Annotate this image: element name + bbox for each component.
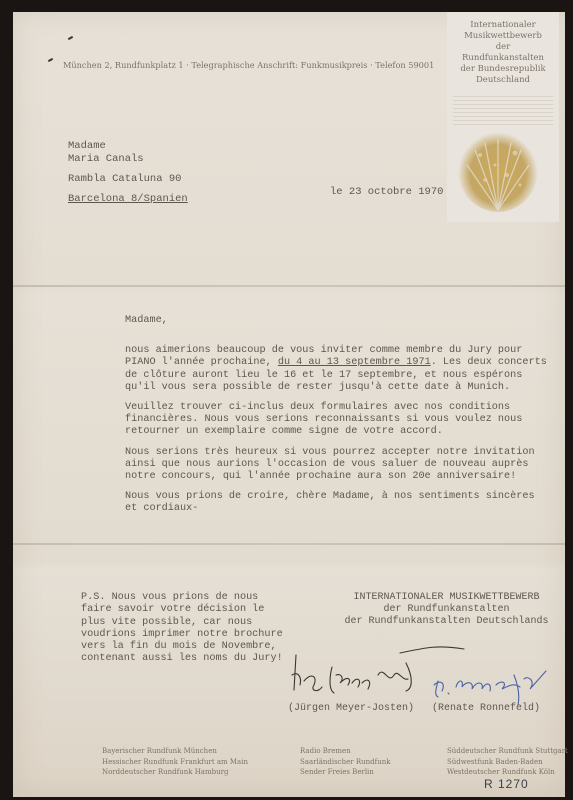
footer-item: Bayerischer Rundfunk München (102, 746, 248, 757)
footer-item: Süddeutscher Rundfunk Stuttgart (447, 746, 568, 757)
body-line: PIANO l'année prochaine, (125, 357, 278, 368)
body-line: de clôture auront lieu le 16 et le 17 se… (125, 370, 522, 381)
signature-meyer-josten (292, 647, 464, 693)
paragraph-invitation: nous aimerions beaucoup de vous inviter … (125, 345, 555, 394)
recipient-address: Madame Maria Canals Rambla Cataluna 90 B… (68, 140, 188, 206)
body-line: qu'il vous sera possible de rester jusqu… (125, 382, 510, 393)
org-line: der Bundesrepublik (447, 64, 559, 75)
organization-name: Internationaler Musikwettbewerb der Rund… (447, 20, 559, 86)
sender-organization: INTERNATIONALER MUSIKWETTBEWERB der Rund… (343, 592, 550, 628)
fold-crease (13, 543, 565, 545)
competition-dates: du 4 au 13 septembre 1971 (278, 357, 431, 368)
footer-item: Sender Freies Berlin (300, 767, 390, 778)
footer-broadcasters-3: Süddeutscher Rundfunk Stuttgart Südwestf… (447, 746, 568, 778)
signatures (288, 645, 558, 705)
footer-item: Hessischer Rundfunk Frankfurt am Main (102, 757, 248, 768)
letter-body: Madame, nous aimerions beaucoup de vous … (125, 315, 555, 524)
footer-item: Norddeutscher Rundfunk Hamburg (102, 767, 248, 778)
org-line: Rundfunkanstalten (447, 53, 559, 64)
footer-item: Saarländischer Rundfunk (300, 757, 390, 768)
salutation: Madame, (125, 315, 555, 327)
recipient-name: Maria Canals (68, 153, 188, 166)
letter-date: le 23 octobre 1970 (330, 186, 443, 198)
decorative-rules (453, 96, 553, 128)
archive-reference-number: R 1270 (484, 777, 529, 791)
org-line: Internationaler (447, 20, 559, 31)
letterhead-address: München 2, Rundfunkplatz 1 · Telegraphis… (63, 60, 434, 70)
recipient-city: Barcelona 8/Spanien (68, 193, 188, 206)
paragraph-forms: Veuillez trouver ci-inclus deux formulai… (125, 402, 555, 439)
postscript: P.S. Nous vous prions de nous faire savo… (81, 592, 283, 666)
org-line: Musikwettbewerb (447, 31, 559, 42)
footer-item: Radio Bremen (300, 746, 390, 757)
paragraph-anniversary: Nous serions très heureux si vous pourre… (125, 447, 555, 484)
footer-broadcasters-1: Bayerischer Rundfunk München Hessischer … (102, 746, 248, 778)
gold-emblem-icon (455, 125, 541, 215)
org-line: der (447, 42, 559, 53)
body-line: nous aimerions beaucoup de vous inviter … (125, 345, 522, 356)
body-line: . Les deux concerts (431, 357, 547, 368)
org-line: Deutschland (447, 75, 559, 86)
closing: Nous vous prions de croire, chère Madame… (125, 491, 555, 515)
recipient-title: Madame (68, 140, 188, 153)
footer-item: Südwestfunk Baden-Baden (447, 757, 568, 768)
signature-ronnefeld (434, 671, 546, 705)
recipient-street: Rambla Cataluna 90 (68, 173, 188, 186)
footer-broadcasters-2: Radio Bremen Saarländischer Rundfunk Sen… (300, 746, 390, 778)
footer-item: Westdeutscher Rundfunk Köln (447, 767, 568, 778)
signatory-names: (Jürgen Meyer-Josten) (Renate Ronnefeld) (288, 703, 540, 714)
fold-crease (13, 285, 565, 287)
